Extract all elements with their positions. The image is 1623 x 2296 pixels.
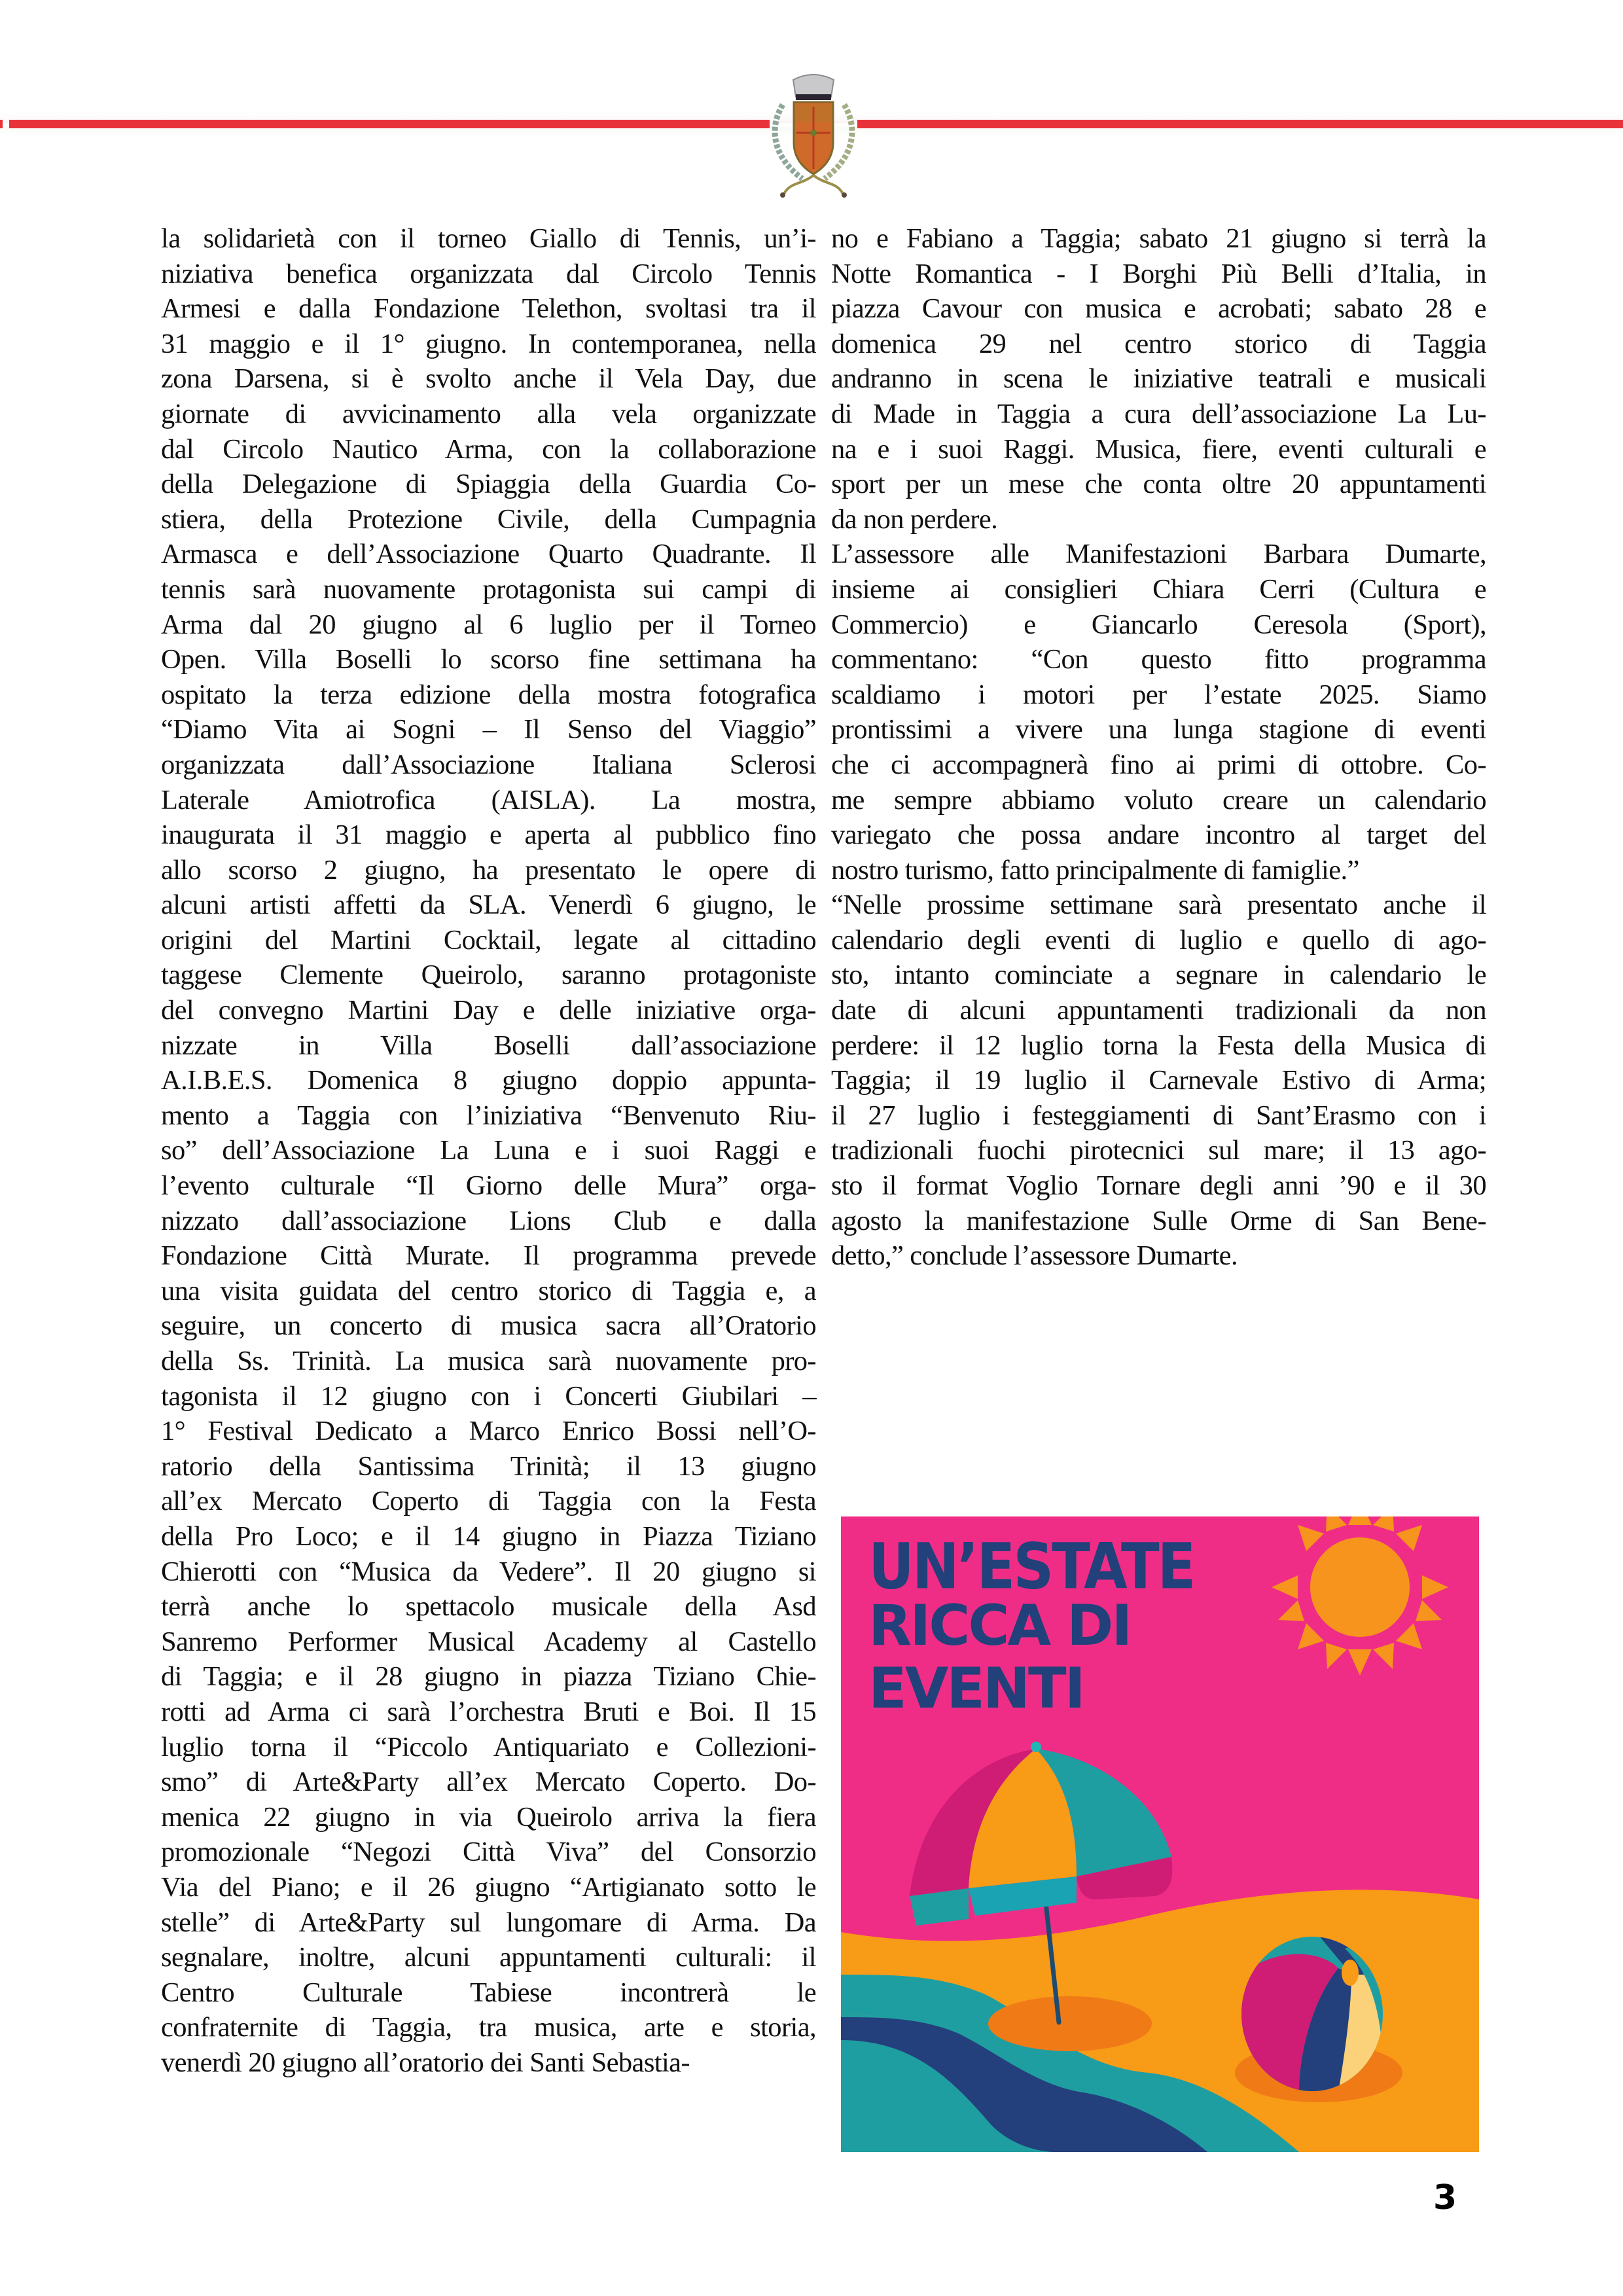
article-line: nostro turismo, fatto principalmente di … xyxy=(831,853,1486,888)
article-line: Laterale Amiotrofica (AISLA). La mostra, xyxy=(161,783,816,818)
article-line: smo” di Arte&Party all’ex Mercato Copert… xyxy=(161,1765,816,1800)
article-line: alcuni artisti affetti da SLA. Venerdì 6… xyxy=(161,888,816,923)
article-line: 1° Festival Dedicato a Marco Enrico Boss… xyxy=(161,1414,816,1449)
article-line: A.I.B.E.S. Domenica 8 giugno doppio appu… xyxy=(161,1063,816,1098)
article-line: Notte Romantica - I Borghi Più Belli d’I… xyxy=(831,257,1486,292)
article-line: tradizionali fuochi pirotecnici sul mare… xyxy=(831,1133,1486,1168)
header-rule-left xyxy=(9,120,770,128)
article-line: segnalare, inoltre, alcuni appuntamenti … xyxy=(161,1940,816,1975)
article-line: L’assessore alle Manifestazioni Barbara … xyxy=(831,537,1486,572)
article-line: Centro Culturale Tabiese incontrerà le xyxy=(161,1975,816,2011)
article-line: domenica 29 nel centro storico di Taggia xyxy=(831,327,1486,362)
article-line: no e Fabiano a Taggia; sabato 21 giugno … xyxy=(831,221,1486,257)
article-line: variegato che possa andare incontro al t… xyxy=(831,817,1486,853)
article-column-right: no e Fabiano a Taggia; sabato 21 giugno … xyxy=(831,221,1486,1274)
article-line: Taggia; il 19 luglio il Carnevale Estivo… xyxy=(831,1063,1486,1098)
article-line: di Taggia; e il 28 giugno in piazza Tizi… xyxy=(161,1659,816,1695)
article-line: terrà anche lo spettacolo musicale della… xyxy=(161,1589,816,1624)
article-line: menica 22 giugno in via Queirolo arriva … xyxy=(161,1800,816,1835)
article-line: nizzato dall’associazione Lions Club e d… xyxy=(161,1204,816,1239)
article-line: Chierotti con “Musica da Vedere”. Il 20 … xyxy=(161,1554,816,1590)
article-line: della Pro Loco; e il 14 giugno in Piazza… xyxy=(161,1519,816,1554)
article-line: piazza Cavour con musica e acrobati; sab… xyxy=(831,291,1486,327)
article-line: inaugurata il 31 maggio e aperta al pubb… xyxy=(161,817,816,853)
article-line: agosto la manifestazione Sulle Orme di S… xyxy=(831,1204,1486,1239)
article-line: scaldiamo i motori per l’estate 2025. Si… xyxy=(831,677,1486,713)
article-line: Via del Piano; e il 26 giugno “Artigiana… xyxy=(161,1870,816,1905)
article-line: ratorio della Santissima Trinità; il 13 … xyxy=(161,1449,816,1484)
article-line: origini del Martini Cocktail, legate al … xyxy=(161,923,816,958)
article-line: andranno in scena le iniziative teatrali… xyxy=(831,361,1486,397)
article-line: organizzata dall’Associazione Italiana S… xyxy=(161,747,816,783)
article-line: Armasca e dell’Associazione Quarto Quadr… xyxy=(161,537,816,572)
article-line: sto il format Voglio Tornare degli anni … xyxy=(831,1168,1486,1204)
article-line: ospitato la terza edizione della mostra … xyxy=(161,677,816,713)
article-line: promozionale “Negozi Città Viva” del Con… xyxy=(161,1835,816,1870)
article-line: seguire, un concerto di musica sacra all… xyxy=(161,1308,816,1344)
article-line: giornate di avvicinamento alla vela orga… xyxy=(161,397,816,432)
poster-title-line-2: RICCA DI xyxy=(868,1593,1130,1659)
article-line: Arma dal 20 giugno al 6 luglio per il To… xyxy=(161,607,816,643)
article-line: rotti ad Arma ci sarà l’orchestra Bruti … xyxy=(161,1695,816,1730)
article-line: stiera, della Protezione Civile, della C… xyxy=(161,502,816,537)
article-line: una visita guidata del centro storico di… xyxy=(161,1274,816,1309)
article-line: taggese Clemente Queirolo, saranno prota… xyxy=(161,958,816,993)
article-line: la solidarietà con il torneo Giallo di T… xyxy=(161,221,816,257)
article-line: da non perdere. xyxy=(831,502,1486,537)
article-line: detto,” conclude l’assessore Dumarte. xyxy=(831,1238,1486,1274)
summer-events-poster: UN’ESTATE RICCA DI EVENTI xyxy=(841,1516,1479,2152)
header-rule-right xyxy=(857,120,1623,128)
article-line: 31 maggio e il 1° giugno. In contemporan… xyxy=(161,327,816,362)
header-rule-stub xyxy=(0,120,3,128)
article-line: commentano: “Con questo fitto programma xyxy=(831,642,1486,677)
article-line: “Nelle prossime settimane sarà presentat… xyxy=(831,888,1486,923)
article-line: prontissimi a vivere una lunga stagione … xyxy=(831,712,1486,747)
article-line: che ci accompagnerà fino ai primi di ott… xyxy=(831,747,1486,783)
article-line: “Diamo Vita ai Sogni – Il Senso del Viag… xyxy=(161,712,816,747)
article-line: venerdì 20 giugno all’oratorio dei Santi… xyxy=(161,2045,816,2081)
article-line: date di alcuni appuntamenti tradizionali… xyxy=(831,993,1486,1028)
article-line: na e i suoi Raggi. Musica, fiere, eventi… xyxy=(831,432,1486,467)
article-line: Sanremo Performer Musical Academy al Cas… xyxy=(161,1624,816,1660)
article-line: zona Darsena, si è svolto anche il Vela … xyxy=(161,361,816,397)
article-line: calendario degli eventi di luglio e quel… xyxy=(831,923,1486,958)
article-line: il 27 luglio i festeggiamenti di Sant’Er… xyxy=(831,1098,1486,1134)
article-line: della Delegazione di Spiaggia della Guar… xyxy=(161,467,816,502)
beach-illustration-icon: UN’ESTATE RICCA DI EVENTI xyxy=(841,1516,1479,2152)
article-line: nizzate in Villa Boselli dall’associazio… xyxy=(161,1028,816,1064)
article-line: stelle” di Arte&Party sul lungomare di A… xyxy=(161,1905,816,1941)
article-line: luglio torna il “Piccolo Antiquariato e … xyxy=(161,1730,816,1765)
article-line: confraternite di Taggia, tra musica, art… xyxy=(161,2010,816,2045)
article-line: Fondazione Città Murate. Il programma pr… xyxy=(161,1238,816,1274)
article-line: Commercio) e Giancarlo Ceresola (Sport), xyxy=(831,607,1486,643)
article-line: allo scorso 2 giugno, ha presentato le o… xyxy=(161,853,816,888)
article-line: sto, intanto cominciate a segnare in cal… xyxy=(831,958,1486,993)
poster-title-line-3: EVENTI xyxy=(868,1656,1084,1721)
article-line: del convegno Martini Day e delle iniziat… xyxy=(161,993,816,1028)
article-line: dal Circolo Nautico Arma, con la collabo… xyxy=(161,432,816,467)
article-line: della Ss. Trinità. La musica sarà nuovam… xyxy=(161,1344,816,1379)
article-line: Armesi e dalla Fondazione Telethon, svol… xyxy=(161,291,816,327)
article-line: me sempre abbiamo voluto creare un calen… xyxy=(831,783,1486,818)
article-line: Open. Villa Boselli lo scorso fine setti… xyxy=(161,642,816,677)
article-line: sport per un mese che conta oltre 20 app… xyxy=(831,467,1486,502)
article-line: so” dell’Associazione La Luna e i suoi R… xyxy=(161,1133,816,1168)
page-number: 3 xyxy=(1433,2181,1457,2215)
article-line: l’evento culturale “Il Giorno delle Mura… xyxy=(161,1168,816,1204)
article-line: tagonista il 12 giugno con i Concerti Gi… xyxy=(161,1379,816,1414)
article-line: perdere: il 12 luglio torna la Festa del… xyxy=(831,1028,1486,1064)
poster-title-line-1: UN’ESTATE xyxy=(868,1530,1194,1604)
article-line: all’ex Mercato Coperto di Taggia con la … xyxy=(161,1484,816,1519)
article-column-left: la solidarietà con il torneo Giallo di T… xyxy=(161,221,816,2080)
article-line: mento a Taggia con l’iniziativa “Benvenu… xyxy=(161,1098,816,1134)
article-line: tennis sarà nuovamente protagonista sui … xyxy=(161,572,816,607)
coat-of-arms-icon xyxy=(764,71,863,202)
article-line: insieme ai consiglieri Chiara Cerri (Cul… xyxy=(831,572,1486,607)
article-line: niziativa benefica organizzata dal Circo… xyxy=(161,257,816,292)
article-line: di Made in Taggia a cura dell’associazio… xyxy=(831,397,1486,432)
